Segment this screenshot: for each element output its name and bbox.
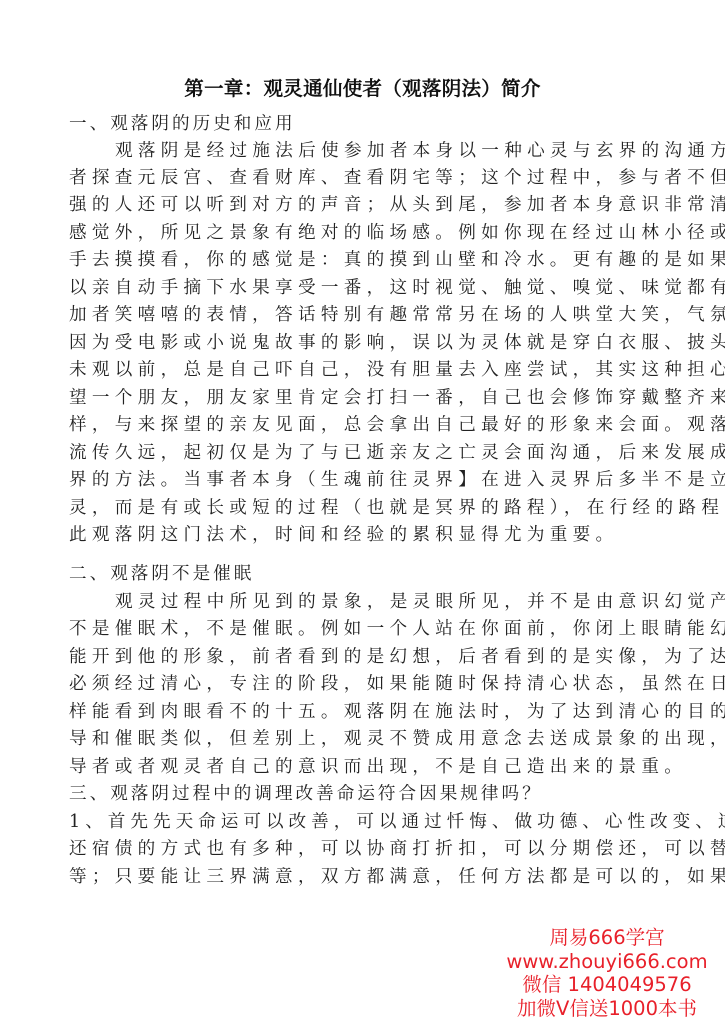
watermark-brand: 周易666学宫 — [497, 926, 717, 950]
document-page: 第一章：观灵通仙使者（观落阴法）简介 一、观落阴的历史和应用 观落阴是经过施法后… — [0, 0, 725, 1024]
watermark-wechat: 微信 1404049576 — [497, 973, 717, 997]
paragraph-line: 1、首先先天命运可以改善，可以通过忏悔、做功德、心性改变、道法处理等来改善；消业… — [69, 809, 669, 836]
paragraph-line: 此观落阴这门法术，时间和经验的累积显得尤为重要。 — [69, 522, 669, 549]
paragraph-line: 必须经过清心，专注的阶段，如果能随时保持清心状态，虽然在日常中都是睁开眼睛，但是… — [69, 671, 669, 698]
chapter-title: 第一章：观灵通仙使者（观落阴法）简介 — [0, 76, 725, 102]
paragraph-line: 样，与来探望的亲友见面，总会拿出自己最好的形象来会面。观落阴的历史 — [69, 412, 669, 439]
paragraph-line: 未观以前，总是自己吓自己，没有胆量去入座尝试，其实这种担心是多余的。好比阳中要去… — [69, 357, 669, 384]
paragraph-line: 等；只要能让三界满意，双方都满意，任何方法都是可以的，如果有不明白之处，就可以通 — [69, 864, 669, 891]
paragraph-line: 观落阴是经过施法后使参加者本身以一种心灵与玄界的沟通方式，去寻找过世的亲人，或 — [115, 138, 715, 165]
paragraph-line: 观灵过程中所见到的景象，是灵眼所见，并不是由意识幻觉产生出来的幻像，因此观落阴 — [115, 589, 715, 616]
paragraph-line: 强的人还可以听到对方的声音；从头到尾，参加者本身意识非常清楚，除了全身会有微 温… — [69, 192, 669, 219]
section-heading-1: 一、观落阴的历史和应用 — [69, 111, 669, 138]
section-heading-3: 三、观落阴过程中的调理改善命运符合因果规律吗？ — [69, 781, 669, 808]
paragraph-line: 加者笑嘻嘻的表情，答话特别有趣常常另在场的人哄堂大笑，气氛就是这么轻松自然。一般… — [69, 302, 669, 329]
paragraph-line: 望一个朋友，朋友家里肯定会打扫一番，自己也会修饰穿戴整齐来见客一个道理，亡灵也一 — [69, 385, 669, 412]
paragraph-line: 导和催眠类似，但差别上，观灵不赞成用意念去送成景象的出现，他就是景象的出现不是由… — [69, 726, 669, 753]
paragraph-line: 不是催眠术，不是催眠。例如一个人站在你面前，你闭上眼睛能幻想出他的形象，除开眼睛… — [69, 616, 669, 643]
paragraph-line: 导者或者观灵者自己的意识而出现，不是自己造出来的景重。 — [69, 754, 669, 781]
paragraph-line: 手去摸摸看，你的感觉是：真的摸到山壁和冷水。更有趣的是如果在路边有水果树的话，你… — [69, 247, 669, 274]
paragraph-line: 样能看到肉眼看不的十五。观落阴在施法时，为了达到清心的目的，也需要套引导，至有些… — [69, 699, 669, 726]
paragraph-line: 者探查元辰宫、查看财库、查看阴宅等；这个过程中，参与者不但能够清晰的看到，个别功… — [69, 165, 669, 192]
paragraph-line: 还宿债的方式也有多种，可以协商打折扣，可以分期偿还，可以替代抵消，可以延期偿还 — [69, 836, 669, 863]
paragraph-line: 能开到他的形象，前者看到的是幻想，后者看到的是实像，为了达到去除烦恼障碍的目的，… — [69, 644, 669, 671]
paragraph-line: 因为受电影或小说鬼故事的影响，误以为灵体就是穿白衣服、披头散发、青面獠牙异物所以… — [69, 330, 669, 357]
paragraph-line: 灵，而是有或长或短的过程（也就是冥界的路程），在行经的路程中会有各种景象和见闻，… — [69, 495, 669, 522]
watermark: 周易666学宫 www.zhouyi666.com 微信 1404049576 … — [497, 926, 717, 1020]
paragraph-line: 界的方法。当事者本身（生魂前往灵界】在进入灵界后多半不是立即见到自己想要会见的亡 — [69, 467, 669, 494]
watermark-url: www.zhouyi666.com — [497, 950, 717, 974]
paragraph-line: 流传久远，起初仅是为了与已逝亲友之亡灵会面沟通，后来发展成一门更普遍、更广泛的观… — [69, 440, 669, 467]
section-heading-2: 二、观落阴不是催眠 — [69, 561, 669, 588]
watermark-promo: 加微V信送1000本书 — [497, 997, 717, 1021]
paragraph-line: 以亲自动手摘下水果享受一番，这时视觉、触觉、嗅觉、味觉都有。通常在吃东西的时候，… — [69, 275, 669, 302]
paragraph-line: 感觉外，所见之景象有绝对的临场感。例如你现在经过山林小径或是一条清泉小溪，你可以… — [69, 220, 669, 247]
